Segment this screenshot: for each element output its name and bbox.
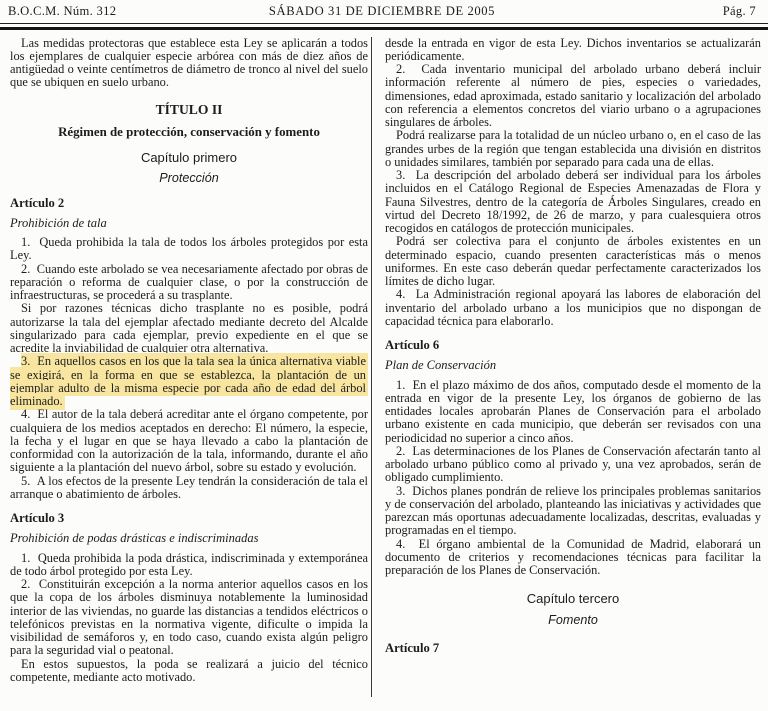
- titulo-ii-title: Régimen de protección, conservación y fo…: [10, 126, 368, 139]
- capitulo-primero-title: Protección: [10, 172, 368, 185]
- paragraph: Podrá ser colectiva para el conjunto de …: [385, 235, 761, 288]
- paragraph: 2. Cada inventario municipal del arbolad…: [385, 63, 761, 129]
- paragraph: 4. El autor de la tala deberá acreditar …: [10, 408, 368, 474]
- titulo-ii-label: TÍTULO II: [10, 103, 368, 116]
- header-issue: B.O.C.M. Núm. 312: [8, 4, 116, 19]
- header-page-number: Pág. 7: [723, 4, 756, 19]
- paragraph: Si por razones técnicas dicho trasplante…: [10, 302, 368, 355]
- column-divider: [371, 37, 372, 697]
- capitulo-tercero-title: Fomento: [385, 614, 761, 627]
- paragraph: 2. Las determinaciones de los Planes de …: [385, 445, 761, 485]
- articulo-3-heading: Artículo 3: [10, 512, 368, 525]
- page-header: B.O.C.M. Núm. 312 SÁBADO 31 DE DICIEMBRE…: [0, 0, 768, 24]
- paragraph: En estos supuestos, la poda se realizará…: [10, 658, 368, 685]
- paragraph: 1. Queda prohibida la poda drástica, ind…: [10, 552, 368, 579]
- capitulo-tercero-label: Capítulo tercero: [385, 592, 761, 605]
- paragraph-continuation: desde la entrada en vigor de esta Ley. D…: [385, 37, 761, 64]
- paragraph: 4. La Administración regional apoyará la…: [385, 288, 761, 328]
- paragraph: 4. El órgano ambiental de la Comunidad d…: [385, 538, 761, 578]
- paragraph: 2. Cuando este arbolado se vea necesaria…: [10, 263, 368, 303]
- paragraph: 5. A los efectos de la presente Ley tend…: [10, 475, 368, 502]
- paragraph: 3. Dichos planes pondrán de relieve los …: [385, 485, 761, 538]
- articulo-6-epigraph: Plan de Conservación: [385, 359, 761, 372]
- articulo-3-epigraph: Prohibición de podas drásticas e indiscr…: [10, 532, 368, 545]
- gazette-page: B.O.C.M. Núm. 312 SÁBADO 31 DE DICIEMBRE…: [0, 0, 768, 711]
- highlight-marker: 3. En aquellos casos en los que la tala …: [10, 353, 368, 409]
- paragraph: 1. Queda prohibida la tala de todos los …: [10, 236, 368, 263]
- paragraph: 2. Constituirán excepción a la norma ant…: [10, 578, 368, 658]
- two-column-body: Las medidas protectoras que establece es…: [0, 30, 768, 703]
- column-right: desde la entrada en vigor de esta Ley. D…: [385, 37, 761, 703]
- paragraph-highlighted: 3. En aquellos casos en los que la tala …: [10, 355, 368, 408]
- paragraph: 3. La descripción del arbolado deberá se…: [385, 169, 761, 235]
- articulo-6-heading: Artículo 6: [385, 339, 761, 352]
- paragraph: Podrá realizarse para la totalidad de un…: [385, 129, 761, 169]
- paragraph: 1. En el plazo máximo de dos años, compu…: [385, 379, 761, 445]
- articulo-7-heading: Artículo 7: [385, 642, 761, 655]
- articulo-2-heading: Artículo 2: [10, 197, 368, 210]
- header-date: SÁBADO 31 DE DICIEMBRE DE 2005: [269, 4, 495, 19]
- column-left: Las medidas protectoras que establece es…: [10, 37, 368, 703]
- capitulo-primero-label: Capítulo primero: [10, 151, 368, 164]
- articulo-2-epigraph: Prohibición de tala: [10, 217, 368, 230]
- paragraph-intro: Las medidas protectoras que establece es…: [10, 37, 368, 90]
